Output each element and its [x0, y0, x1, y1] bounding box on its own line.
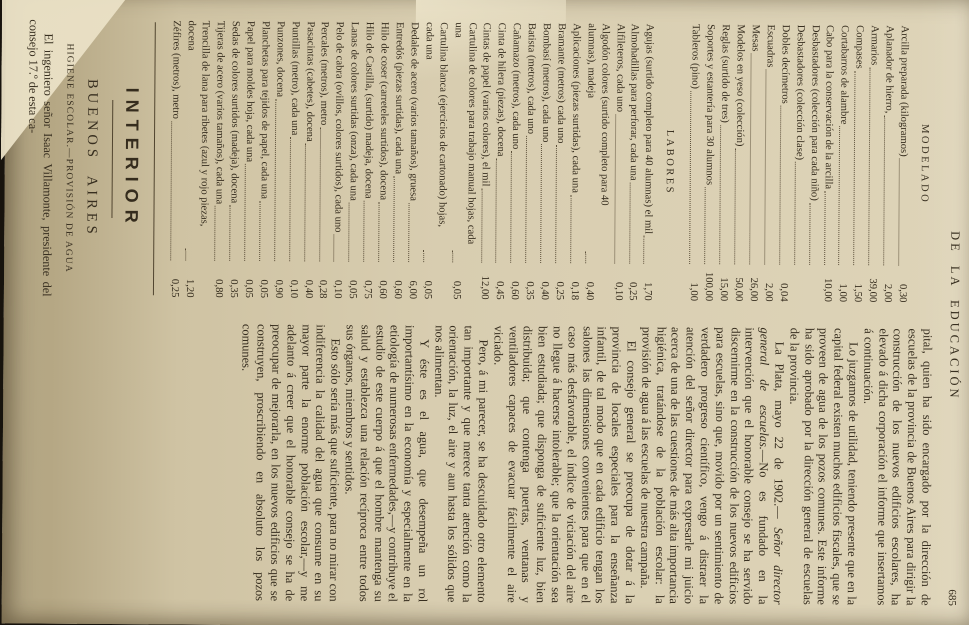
item-price: 2,00: [761, 268, 775, 302]
item-label: Compases: [852, 25, 866, 69]
left-column: MODELADO Arcilla preparada (kilogramos) …: [24, 19, 936, 302]
item-price: 0,90: [271, 264, 285, 298]
price-row: Agujas (surtido completo para 40 alumnas…: [640, 24, 656, 301]
price-row: Sedas de colores surtidos (madeja), doce…: [226, 21, 242, 298]
dotted-leader: [496, 159, 498, 263]
item-label: Papel para moldes hoja, cada una: [242, 21, 257, 162]
price-row: Papel para moldes hoja, cada una 0,05: [241, 21, 257, 298]
item-label: Cabo para la conservación de la arcilla: [821, 25, 836, 189]
dotted-leader: [854, 71, 856, 265]
item-price: 0,05: [241, 264, 255, 298]
price-row: Pelo de cabra (ovillos, colores surtidos…: [330, 22, 346, 299]
dotted-leader: [408, 203, 409, 262]
dotted-leader: [690, 91, 692, 264]
item-label: Tableros (pino): [688, 24, 702, 89]
dotted-leader: [644, 236, 645, 264]
item-price: 12,00: [477, 266, 491, 300]
dotted-leader: [868, 67, 870, 265]
labores-price-list: Agujas (surtido completo para 40 alumnas…: [167, 20, 656, 300]
item-price: 0,10: [330, 265, 344, 299]
price-row: Desbastadores (colección clase): [791, 25, 807, 302]
price-row: Cintas de papel (varios colores), el mil…: [477, 23, 493, 300]
item-label: Escuadras: [762, 25, 776, 68]
item-label: Tijeras de acero (varios tamaños), cada …: [212, 21, 227, 205]
item-label: Puntillas (metro), cada una: [287, 21, 302, 135]
item-price: 0,05: [420, 265, 434, 299]
item-label: Arcilla preparada (kilogramos): [896, 25, 911, 156]
item-label: Entredós (piezas surtidas), cada una: [391, 22, 406, 174]
body-paragraph: La Plata, mayo 22 de 1902.— Señor direct…: [637, 327, 787, 605]
item-price: 6,00: [405, 265, 419, 299]
price-row: Aplicaciones (piezas surtidas), cada una…: [567, 23, 583, 300]
item-label: Desbastadores (colección clase): [792, 25, 807, 160]
item-label: Batista (metros), cada uno: [523, 23, 538, 134]
price-row: Escuadras 2,00: [761, 25, 777, 302]
item-price: 0,40: [537, 266, 551, 300]
price-row: Almohadillas para perforar, cada una 0,2…: [625, 24, 641, 301]
item-price: 100,00: [701, 267, 715, 301]
item-price: 0,40: [582, 266, 596, 300]
item-price: 1,70: [640, 267, 654, 301]
dotted-leader: [334, 234, 335, 261]
price-row: Puntillas (metro), cada una 0,10: [286, 21, 302, 298]
article-subtitle-higiene-escolar: HIGIENE ESCOLAR.—PROVISIÓN DE AGUA: [63, 20, 75, 297]
item-label: Reglas (surtido de tres): [717, 24, 732, 123]
article-opening-paragraph: El ingeniero señor Isaac Villamonte, pre…: [24, 19, 56, 296]
dotted-leader: [839, 126, 841, 265]
price-row: Cartulina de colores para trabajo manual…: [449, 22, 479, 299]
running-head-title: DE LA EDUCACIÓN: [945, 62, 964, 570]
item-label: Hilo de coser (carreteles surtidos), doc…: [376, 22, 391, 200]
price-row: Modelos en yeso (colección) 50,00: [731, 24, 747, 301]
dotted-leader: [229, 205, 230, 261]
body-paragraph: El consejo general se preocupa de dotar …: [489, 326, 639, 604]
price-row: Cinta de hilera (piezas), docena 0,45: [492, 23, 508, 300]
item-label: Agujas (surtido completo para 40 alumnas…: [641, 24, 656, 234]
item-price: 15,00: [716, 267, 730, 301]
modelado-price-list: Arcilla preparada (kilogramos) 0,30 Apla…: [686, 24, 911, 303]
dotted-leader: [585, 251, 586, 263]
item-label: Punzones, docena: [272, 21, 286, 97]
item-label: Bombasí (metros), cada uno: [538, 23, 553, 143]
price-row: Armarios 39,00: [865, 25, 881, 302]
dotted-leader: [614, 114, 616, 263]
page-content: DE LA EDUCACIÓN 685 MODELADO Arcilla pre…: [2, 0, 969, 625]
dotted-leader: [704, 187, 706, 264]
item-label: Aplanador de hierro,: [881, 25, 896, 113]
price-row: Algodón colores (surtido completo para 4…: [582, 23, 612, 300]
dotted-leader: [452, 250, 453, 262]
item-label: Trencilla de lana para ribetes (azul y r…: [183, 20, 212, 246]
item-label: Soportes y estantería para 30 alumnos: [702, 24, 717, 185]
item-price: 0,60: [390, 265, 404, 299]
item-price: 10,00: [820, 268, 834, 302]
item-price: 39,00: [865, 268, 879, 302]
price-row: Hilo de coser (carreteles surtidos), doc…: [375, 22, 391, 299]
price-row: Batista (metros), cada uno 0,35: [522, 23, 538, 300]
price-row: Bombasí (metros), cada uno 0,40: [537, 23, 553, 300]
item-label: Dedales de acero (varios tamaños), grues…: [406, 22, 421, 201]
dotted-leader: [186, 249, 187, 261]
section-divider-rule: [153, 22, 156, 295]
dotted-leader: [510, 151, 512, 263]
price-row: Entredós (piezas surtidas), cada una 0,6…: [390, 22, 406, 299]
item-label: Hilo de Castilla, (surtido) madeja, doce…: [361, 22, 376, 199]
dotted-leader: [349, 203, 350, 262]
item-price: 0,45: [492, 266, 506, 300]
item-price: 0,04: [776, 268, 790, 302]
item-label: Pelo de cabra (ovillos, colores surtidos…: [331, 22, 346, 233]
dotted-leader: [214, 206, 215, 261]
item-price: 0,35: [522, 266, 536, 300]
price-row: Tijeras de acero (varios tamaños), cada …: [211, 21, 227, 298]
item-price: 0,05: [345, 265, 359, 299]
item-label: Modelos en yeso (colección): [732, 24, 747, 146]
dotted-leader: [378, 202, 379, 262]
item-label: Aplicaciones (piezas surtidas), cada una: [568, 23, 583, 193]
item-price: 0,25: [167, 263, 181, 297]
dotted-leader: [719, 125, 721, 264]
price-row: Lanas de colores surtidas (onza), cada u…: [345, 22, 361, 299]
dotted-leader: [824, 191, 826, 265]
item-label: Cinta de hilera (piezas), docena: [493, 23, 508, 157]
book-page: DE LA EDUCACIÓN 685 MODELADO Arcilla pre…: [2, 0, 969, 625]
body-paragraph: pital, quien ha sido encargado por la di…: [859, 328, 935, 606]
item-label: Algodón colores (surtido completo para 4…: [582, 23, 611, 249]
price-row: Dedales de acero (varios tamaños), grues…: [405, 22, 421, 299]
dotted-leader: [883, 115, 885, 265]
body-paragraph: Lo juzgamos de utilidad, teniendo presen…: [785, 328, 861, 606]
price-row: Desbastadores (colección para cada niño): [806, 25, 822, 302]
section-title-modelado: MODELADO: [918, 26, 931, 303]
dotted-leader: [540, 144, 542, 263]
item-price: 0,05: [256, 264, 270, 298]
dotted-leader: [319, 127, 321, 261]
two-column-layout: MODELADO Arcilla preparada (kilogramos) …: [22, 19, 937, 605]
item-label: Cañamazo (metros), cada uno: [508, 23, 523, 150]
item-label: Alfileteros, cada uno: [612, 23, 627, 112]
dotted-leader: [363, 201, 364, 262]
item-label: Desbastadores (colección para cada niño): [806, 25, 821, 201]
short-divider-rule: [112, 99, 114, 217]
dotted-leader: [244, 164, 246, 261]
price-row: Pasacintas (cabetes), docena 0,40: [301, 21, 317, 298]
item-price: 0,28: [315, 264, 329, 298]
item-price: 0,05: [449, 265, 463, 299]
item-label: Sedas de colores surtidos (madeja), doce…: [227, 21, 242, 203]
item-label: Zéfires (metros), metro: [169, 20, 184, 119]
item-label: Cortabarros de alambre: [837, 25, 852, 125]
price-row: Punzones, docena 0,90: [271, 21, 287, 298]
right-column-paragraphs: pital, quien ha sido encargado por la di…: [237, 324, 934, 606]
item-label: Mesas: [748, 24, 762, 51]
dotted-leader: [555, 145, 557, 263]
item-price: 1,00: [686, 267, 700, 301]
price-row: Cañamazo (metros), cada uno 0,60: [507, 23, 523, 300]
price-row: Hilo de Castilla, (surtido) madeja, doce…: [360, 22, 376, 299]
price-row: Reglas (surtido de tres) 15,00: [716, 24, 732, 301]
price-row: Cartulina blanca (ejercicios de cartonad…: [420, 22, 450, 299]
price-row: Cabo para la conservación de la arcilla …: [820, 25, 836, 302]
scanned-book-page: DE LA EDUCACIÓN 685 MODELADO Arcilla pre…: [0, 0, 969, 625]
item-label: Bramante (metros) cada uno: [553, 23, 568, 143]
item-price: 0,35: [226, 264, 240, 298]
item-price: 0,30: [895, 268, 909, 302]
item-label: Percales (metros), metro: [317, 21, 332, 125]
item-price: 0,25: [625, 267, 639, 301]
item-label: Dobles decímetros: [777, 25, 791, 104]
price-row: Planchetas para tejidos de papel, cada u…: [256, 21, 272, 298]
item-price: 0,60: [507, 266, 521, 300]
page-number: 685: [946, 570, 958, 606]
price-row: Soportes y estantería para 30 alumnos 10…: [701, 24, 717, 301]
item-label: Cartulina blanca (ejercicios de cartonad…: [420, 22, 449, 248]
item-price: 0,25: [552, 266, 566, 300]
price-row: Zéfires (metros), metro 0,25: [167, 20, 183, 297]
price-row: Cortabarros de alambre 1,00: [835, 25, 851, 302]
dotted-leader: [629, 183, 631, 264]
dotted-leader: [734, 148, 736, 264]
item-label: Lanas de colores surtidas (onza), cada u…: [346, 22, 361, 201]
page-header: DE LA EDUCACIÓN 685: [945, 26, 964, 606]
dotted-leader: [423, 250, 424, 262]
item-price: 0,18: [567, 266, 581, 300]
item-label: Pasacintas (cabetes), docena: [302, 21, 317, 141]
section-title-labores: LABORES: [663, 24, 676, 301]
dotted-leader: [171, 121, 173, 260]
body-paragraph: Y éste es el agua, que desempeña un rol …: [341, 325, 432, 603]
dotted-leader: [304, 144, 306, 262]
price-row: Alfileteros, cada uno 0,10: [611, 23, 627, 300]
dotted-leader: [779, 106, 781, 265]
price-row: Dobles decímetros 0,04: [776, 25, 792, 302]
item-label: Armarios: [867, 25, 881, 65]
item-price: 0,40: [301, 264, 315, 298]
item-price: 1,20: [182, 263, 196, 297]
right-column: pital, quien ha sido encargado por la di…: [22, 322, 934, 605]
dotted-leader: [764, 69, 766, 264]
item-price: 0,10: [286, 264, 300, 298]
item-price: 0,60: [375, 265, 389, 299]
price-row: Trencilla de lana para ribetes (azul y r…: [182, 20, 212, 297]
price-row: Mesas 26,00: [746, 24, 762, 301]
item-label: Cintas de papel (varios colores), el mil: [478, 23, 493, 187]
dotted-leader: [809, 203, 810, 265]
price-row: Compases 1,50: [850, 25, 866, 302]
dotted-leader: [259, 201, 260, 261]
dotted-leader: [749, 54, 751, 265]
item-price: 0,75: [360, 265, 374, 299]
dotted-leader: [393, 176, 395, 262]
item-label: Cartulina de colores para trabajo manual…: [449, 22, 478, 248]
item-label: Almohadillas para perforar, cada una: [626, 24, 641, 181]
item-price: 2,00: [880, 268, 894, 302]
price-row: Bramante (metros) cada uno 0,25: [552, 23, 568, 300]
dotted-leader: [794, 162, 796, 265]
dotted-leader: [481, 188, 483, 262]
dotted-leader: [898, 159, 900, 266]
price-row: Arcilla preparada (kilogramos) 0,30: [895, 25, 911, 302]
item-label: Planchetas para tejidos de papel, cada u…: [257, 21, 272, 199]
dotted-leader: [525, 136, 527, 263]
item-price: 0,80: [211, 264, 225, 298]
dotted-leader: [570, 195, 571, 263]
item-price: 26,00: [746, 267, 760, 301]
item-price: 50,00: [731, 267, 745, 301]
section-title-interior: INTERIOR: [120, 20, 143, 297]
article-title-buenos-aires: BUENOS AIRES: [82, 20, 101, 297]
price-row: Percales (metros), metro 0,28: [315, 21, 331, 298]
dotted-leader: [289, 137, 291, 261]
body-paragraph: Esto sólo sería más que suficiente, para…: [237, 324, 343, 602]
price-row: Tableros (pino) 1,00: [686, 24, 702, 301]
dotted-leader: [274, 99, 276, 261]
item-price: 1,00: [835, 268, 849, 302]
body-paragraph: Pero, á mi parecer, se ha descuidado otr…: [430, 325, 491, 602]
price-row: Aplanador de hierro, 2,00: [880, 25, 896, 302]
item-price: 0,10: [611, 266, 625, 300]
item-price: 1,50: [850, 268, 864, 302]
